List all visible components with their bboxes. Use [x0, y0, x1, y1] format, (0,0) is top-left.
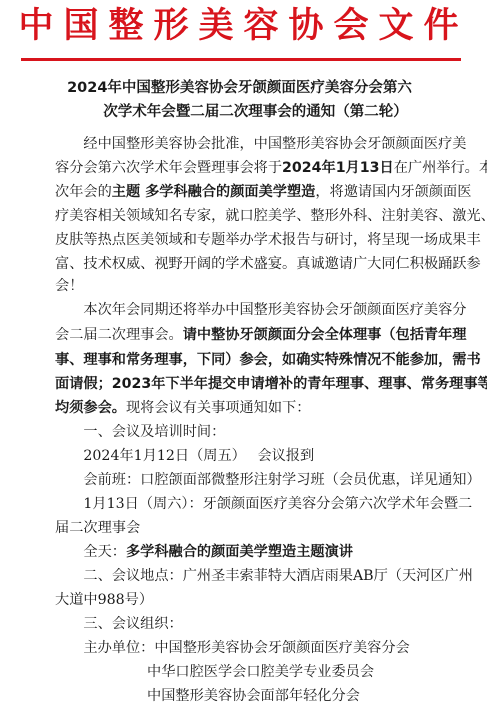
- organizer-line: 中华口腔医学会口腔美学专业委员会: [147, 662, 374, 682]
- schedule-line: 会前班：口腔颌面部微整形注射学习班（会员优惠，详见通知）: [55, 470, 481, 490]
- section-3-heading: 三、会议组织：: [55, 614, 183, 634]
- paragraph-1-line: 经中国整形美容协会批准，中国整形美容协会牙颌颜面医疗美: [55, 134, 466, 154]
- schedule-line: 届二次理事会: [55, 518, 140, 538]
- section-1-heading: 一、会议及培训时间：: [55, 422, 225, 442]
- paragraph-1-line: 次年会的主题 多学科融合的颜面美学塑造，将邀请国内牙颌颜面医: [55, 182, 471, 202]
- paragraph-1-line: 富、技术权威、视野开阔的学术盛宴。真诚邀请广大同仁积极踊跃参: [55, 254, 481, 274]
- issuer-header: 中国整形美容协会文件: [0, 6, 487, 46]
- schedule-line: 2024年1月12日（周五） 会议报到: [55, 446, 314, 466]
- section-2-venue: 二、会议地点：广州圣丰索菲特大酒店雨果AB厅（天河区广州: [55, 566, 473, 586]
- paragraph-1-line: 疗美容相关领域知名专家，就口腔美学、整形外科、注射美容、激光、: [55, 206, 487, 226]
- paragraph-2-line: 面请假；2023年下半年提交申请增补的青年理事、理事、常务理事等: [55, 374, 487, 394]
- paragraph-2-line: 本次年会同期还将举办中国整形美容协会牙颌颜面医疗美容分: [55, 300, 466, 320]
- paragraph-1-line: 皮肤等热点医美领域和专题举办学术报告与研讨，将呈现一场成果丰: [55, 230, 481, 250]
- paragraph-1-line: 容分会第六次学术年会暨理事会将于2024年1月13日在广州举行。本: [55, 158, 487, 178]
- meeting-theme: 主题 多学科融合的颜面美学塑造: [112, 184, 316, 200]
- organizer-line: 主办单位：中国整形美容协会牙颌颜面医疗美容分会: [55, 638, 410, 658]
- schedule-line: 全天：多学科融合的颜面美学塑造主题演讲: [55, 542, 353, 562]
- document-title-line-2: 次学术年会暨二届二次理事会的通知（第二轮）: [12, 102, 487, 122]
- meeting-date: 2024年1月13日: [282, 160, 394, 176]
- header-divider: [21, 58, 461, 61]
- paragraph-2-line: 会二届二次理事会。请中整协牙颌颜面分会全体理事（包括青年理: [55, 325, 466, 345]
- document-title-line-1: 2024年中国整形美容协会牙颌颜面医疗美容分会第六: [0, 78, 483, 98]
- organizer-line: 中国整形美容协会面部年轻化分会: [147, 686, 360, 705]
- schedule-line: 1月13日（周六）：牙颌颜面医疗美容分会第六次学术年会暨二: [55, 494, 472, 514]
- paragraph-2-line: 事、理事和常务理事，下同）参会，如确实特殊情况不能参加，需书: [55, 350, 481, 370]
- section-2-venue: 大道中988号）: [55, 590, 153, 610]
- paragraph-1-line: 会！: [55, 276, 83, 296]
- paragraph-2-line: 均须参会。现将会议有关事项通知如下：: [55, 398, 310, 418]
